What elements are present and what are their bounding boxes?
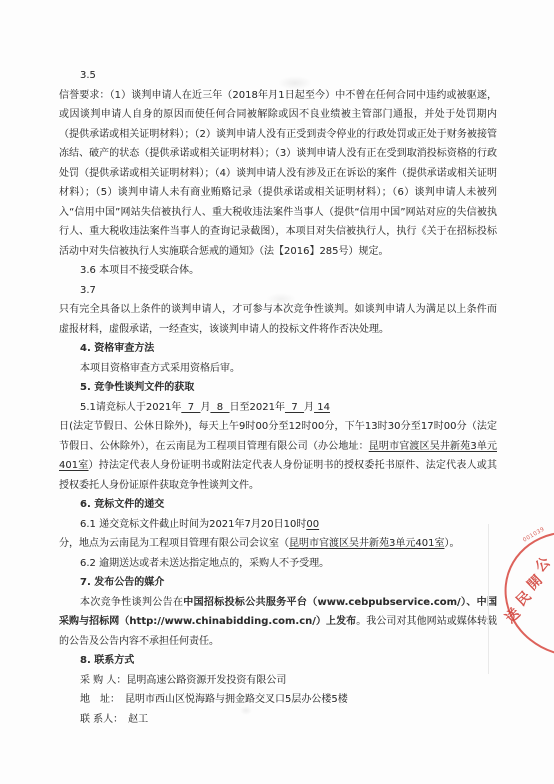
text-segment: 地 址： 昆明市西山区悦海路与拥金路交叉口5层办公楼5楼: [80, 694, 348, 705]
clause-5-1-body: 日(法定节假日、公休日除外)，每天上午9时00分至12时00分，下午13时30分…: [59, 417, 497, 495]
text-segment: 14: [314, 402, 330, 413]
text-segment: 3.7: [80, 285, 96, 296]
clause-6-2: 6.2 逾期送达或者未送达指定地点的，采购人不予受理。: [59, 554, 497, 574]
text-segment: 本项目资格审查方式采用资格后审。: [80, 363, 240, 374]
scan-smudge: [240, 706, 252, 715]
document-page: 3.5信誉要求：（1）谈判申请人在近三年（2018年月1日起至今）中不曾在任何合…: [0, 0, 554, 784]
contact-person: 联 系人： 赵工: [59, 710, 497, 730]
text-segment: 5. 竞争性谈判文件的获取: [80, 382, 194, 393]
text-segment: 月: [200, 402, 210, 413]
heading-7: 7. 发布公告的媒介: [59, 573, 497, 593]
text-segment: 6. 竞标文件的递交: [80, 499, 164, 510]
text-segment: 6.2 逾期送达或者未送达指定地点的，采购人不予受理。: [80, 558, 329, 569]
text-segment: 联 系人： 赵工: [80, 714, 148, 725]
clause-3-5-body: 信誉要求：（1）谈判申请人在近三年（2018年月1日起至今）中不曾在任何合同中违…: [59, 86, 497, 262]
document-body: 3.5信誉要求：（1）谈判申请人在近三年（2018年月1日起至今）中不曾在任何合…: [59, 66, 497, 729]
heading-5: 5. 竞争性谈判文件的获取: [59, 378, 497, 398]
text-segment: 4. 资格审查方法: [80, 343, 154, 354]
scan-smudge: [278, 76, 312, 90]
text-segment: 7. 发布公告的媒介: [80, 577, 164, 588]
text-segment: 月: [304, 402, 314, 413]
text-segment: 8. 联系方式: [80, 655, 134, 666]
text-segment: 只有完全具备以上条件的谈判申请人，才可参与本次竞争性谈判。如谈判申请人为满足以上…: [59, 304, 497, 335]
text-segment: 3.6 本项目不接受联合体。: [80, 265, 199, 276]
text-segment: 采 购 人：昆明高速公路资源开发投资有限公司: [80, 675, 286, 686]
text-segment: 本次竞争性谈判公告在: [80, 597, 183, 608]
clause-6-1-body: 分，地点为云南昆为工程项目管理有限公司会议室（昆明市官渡区吴井新苑3单元401室…: [59, 534, 497, 554]
text-segment: ）持法定代表人身份证明书或附法定代表人身份证明书的授权委托书原件、法定代表人或其…: [59, 460, 497, 491]
clause-6-1: 6.1 递交竞标文件截止时间为2021年7月20日10时00: [59, 515, 497, 535]
seal-character: 民: [514, 589, 534, 609]
clause-3-7-body: 只有完全具备以上条件的谈判申请人，才可参与本次竞争性谈判。如谈判申请人为满足以上…: [59, 300, 497, 339]
contact-purchaser: 采 购 人：昆明高速公路资源开发投资有限公司: [59, 671, 497, 691]
red-seal: 001039 公開民送: [488, 520, 554, 680]
clause-4-body: 本项目资格审查方式采用资格后审。: [59, 359, 497, 379]
heading-8: 8. 联系方式: [59, 651, 497, 671]
text-segment: 昆明市官渡区吴井新苑3单元401室: [289, 538, 444, 549]
text-segment: 日至2021年: [230, 402, 285, 413]
heading-6: 6. 竞标文件的递交: [59, 495, 497, 515]
clause-3-6: 3.6 本项目不接受联合体。: [59, 261, 497, 281]
heading-4: 4. 资格审查方法: [59, 339, 497, 359]
text-segment: ）。: [444, 538, 459, 549]
text-segment: 7: [285, 402, 304, 413]
text-segment: 8: [210, 402, 229, 413]
text-segment: 00: [306, 519, 319, 530]
seal-character: 開: [525, 573, 545, 593]
scan-fold-line: [488, 524, 489, 674]
seal-character: 送: [503, 606, 523, 626]
contact-address: 地 址： 昆明市西山区悦海路与拥金路交叉口5层办公楼5楼: [59, 690, 497, 710]
text-segment: 分，地点为云南昆为工程项目管理有限公司会议室（: [59, 538, 289, 549]
clause-5-1: 5.1请竞标人于2021年 7 月 8 日至2021年 7 月 14: [59, 398, 497, 418]
clause-7-body: 本次竞争性谈判公告在中国招标投标公共服务平台（www.cebpubservice…: [59, 593, 497, 652]
scan-smudge: [266, 293, 296, 305]
text-segment: 7: [181, 402, 200, 413]
text-segment: 5.1请竞标人于2021年: [80, 402, 181, 413]
seal-ring: [488, 514, 554, 674]
seal-character: 公: [533, 555, 553, 575]
text-segment: 3.5: [80, 70, 96, 81]
text-segment: 信誉要求：（1）谈判申请人在近三年（2018年月1日起至今）中不曾在任何合同中违…: [59, 90, 497, 257]
text-segment: 6.1 递交竞标文件截止时间为2021年7月20日10时: [80, 519, 306, 530]
seal-code: 001039: [522, 526, 546, 543]
